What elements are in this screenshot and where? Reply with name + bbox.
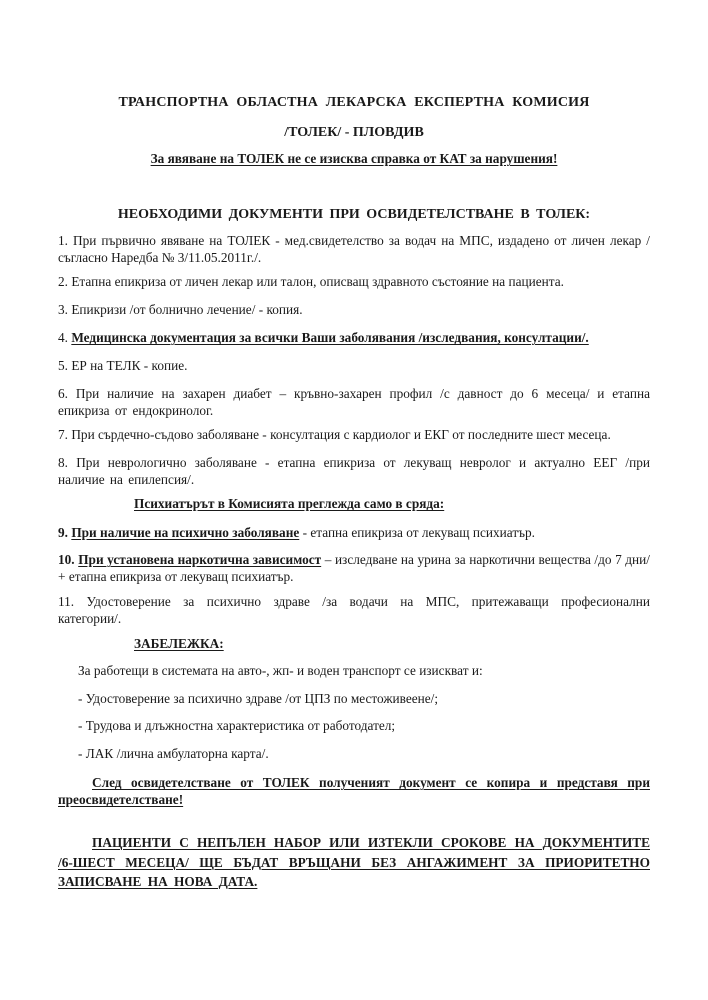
list-item-10: 10. При установена наркотична зависимост… bbox=[58, 551, 650, 585]
kat-notice: За явяване на ТОЛЕК не се изисква справк… bbox=[0, 151, 708, 167]
remark-intro: За работещи в системата на авто-, жп- и … bbox=[78, 663, 483, 679]
item-number: 6. bbox=[58, 386, 68, 401]
list-item-2: 2. Етапна епикриза от личен лекар или та… bbox=[58, 273, 650, 290]
remark-bullet-2: - Трудова и длъжностна характеристика от… bbox=[78, 718, 395, 734]
document-page: ТРАНСПОРТНА ОБЛАСТНА ЛЕКАРСКА ЕКСПЕРТНА … bbox=[0, 0, 708, 1000]
list-item-8: 8. При неврологично заболяване - етапна … bbox=[58, 454, 650, 488]
list-item-6: 6. При наличие на захарен диабет – кръвн… bbox=[58, 385, 650, 419]
item-number: 1. bbox=[58, 233, 68, 248]
item-number: 8. bbox=[58, 455, 68, 470]
item-number: 3. bbox=[58, 302, 68, 317]
final-warning: ПАЦИЕНТИ С НЕПЪЛЕН НАБОР ИЛИ ИЗТЕКЛИ СРО… bbox=[58, 833, 650, 892]
required-documents-heading: НЕОБХОДИМИ ДОКУМЕНТИ ПРИ ОСВИДЕТЕЛСТВАНЕ… bbox=[0, 207, 708, 223]
item-number: 2. bbox=[58, 274, 68, 289]
item-text: При сърдечно-съдово заболяване - консулт… bbox=[71, 427, 610, 442]
list-item-11: 11. Удостоверение за психично здраве /за… bbox=[58, 593, 650, 627]
item-emphasis: При наличие на психично заболяване bbox=[71, 525, 299, 540]
list-item-4: 4. Медицинска документация за всички Ваш… bbox=[58, 329, 650, 346]
item-text: Медицинска документация за всички Ваши з… bbox=[71, 330, 588, 345]
document-subtitle: /ТОЛЕК/ - ПЛОВДИВ bbox=[0, 125, 708, 141]
item-emphasis: При установена наркотична зависимост bbox=[78, 552, 321, 567]
item-text: ЕР на ТЕЛК - копие. bbox=[71, 358, 187, 373]
list-item-1: 1. При първично явяване на ТОЛЕК - мед.с… bbox=[58, 232, 650, 266]
item-number: 9. bbox=[58, 525, 68, 540]
list-item-3: 3. Епикризи /от болнично лечение/ - копи… bbox=[58, 301, 650, 318]
document-title: ТРАНСПОРТНА ОБЛАСТНА ЛЕКАРСКА ЕКСПЕРТНА … bbox=[0, 95, 708, 111]
remark-heading: ЗАБЕЛЕЖКА: bbox=[134, 636, 224, 652]
item-number: 5. bbox=[58, 358, 68, 373]
remark-bullet-1: - Удостоверение за психично здраве /от Ц… bbox=[78, 691, 438, 707]
item-text: При неврологично заболяване - етапна епи… bbox=[58, 455, 650, 487]
item-number: 11. bbox=[58, 594, 74, 609]
list-item-7: 7. При сърдечно-съдово заболяване - конс… bbox=[58, 426, 650, 443]
item-text: - етапна епикриза от лекуващ психиатър. bbox=[299, 525, 535, 540]
item-text: Епикризи /от болнично лечение/ - копия. bbox=[71, 302, 302, 317]
item-text: Удостоверение за психично здраве /за вод… bbox=[58, 594, 650, 626]
remark-bullet-3: - ЛАК /лична амбулаторна карта/. bbox=[78, 746, 269, 762]
item-text: При първично явяване на ТОЛЕК - мед.свид… bbox=[58, 233, 650, 265]
item-number: 10. bbox=[58, 552, 75, 567]
list-item-9: 9. При наличие на психично заболяване - … bbox=[58, 524, 650, 541]
closing-note: След освидетелстване от ТОЛЕК полученият… bbox=[58, 774, 650, 808]
item-text: Етапна епикриза от личен лекар или талон… bbox=[71, 274, 564, 289]
item-text: При наличие на захарен диабет – кръвно-з… bbox=[58, 386, 650, 418]
list-item-5: 5. ЕР на ТЕЛК - копие. bbox=[58, 357, 650, 374]
item-number: 4. bbox=[58, 330, 68, 345]
item-number: 7. bbox=[58, 427, 68, 442]
psychiatrist-note: Психиатърът в Комисията преглежда само в… bbox=[134, 496, 444, 512]
